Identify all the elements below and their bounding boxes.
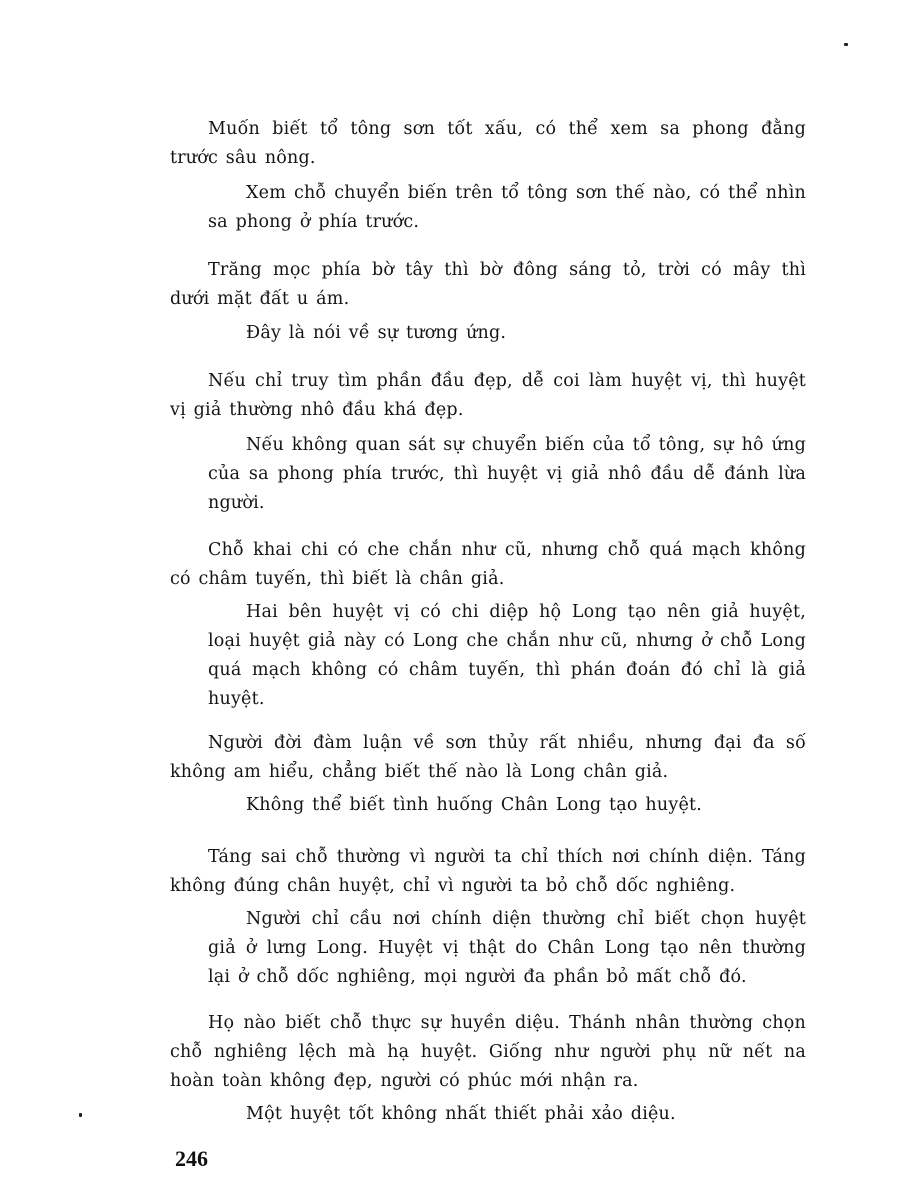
main-paragraph: Họ nào biết chỗ thực sự huyền diệu. Thán… [170, 1009, 806, 1096]
commentary-paragraph: Nếu không quan sát sự chuyển biến của tổ… [208, 431, 806, 518]
scanned-book-page: Muốn biết tổ tông sơn tốt xấu, có thể xe… [0, 0, 921, 1200]
main-paragraph: Trăng mọc phía bờ tây thì bờ đông sáng t… [170, 256, 806, 314]
commentary-paragraph: Một huyệt tốt không nhất thiết phải xảo … [208, 1100, 806, 1129]
commentary-paragraph: Hai bên huyệt vị có chi diệp hộ Long tạo… [208, 598, 806, 714]
main-paragraph: Nếu chỉ truy tìm phần đầu đẹp, dễ coi là… [170, 367, 806, 425]
scan-speck [844, 43, 848, 46]
main-paragraph: Chỗ khai chi có che chắn như cũ, nhưng c… [170, 536, 806, 594]
main-paragraph: Táng sai chỗ thường vì người ta chỉ thíc… [170, 843, 806, 901]
page-number: 246 [175, 1146, 208, 1172]
commentary-paragraph: Người chỉ cầu nơi chính diện thường chỉ … [208, 905, 806, 992]
commentary-paragraph: Xem chỗ chuyển biến trên tổ tông sơn thế… [208, 179, 806, 237]
main-paragraph: Muốn biết tổ tông sơn tốt xấu, có thể xe… [170, 115, 806, 173]
scan-speck [79, 1113, 82, 1117]
commentary-paragraph: Không thể biết tình huống Chân Long tạo … [208, 791, 806, 820]
commentary-paragraph: Đây là nói về sự tương ứng. [208, 319, 806, 348]
main-paragraph: Người đời đàm luận về sơn thủy rất nhiều… [170, 729, 806, 787]
